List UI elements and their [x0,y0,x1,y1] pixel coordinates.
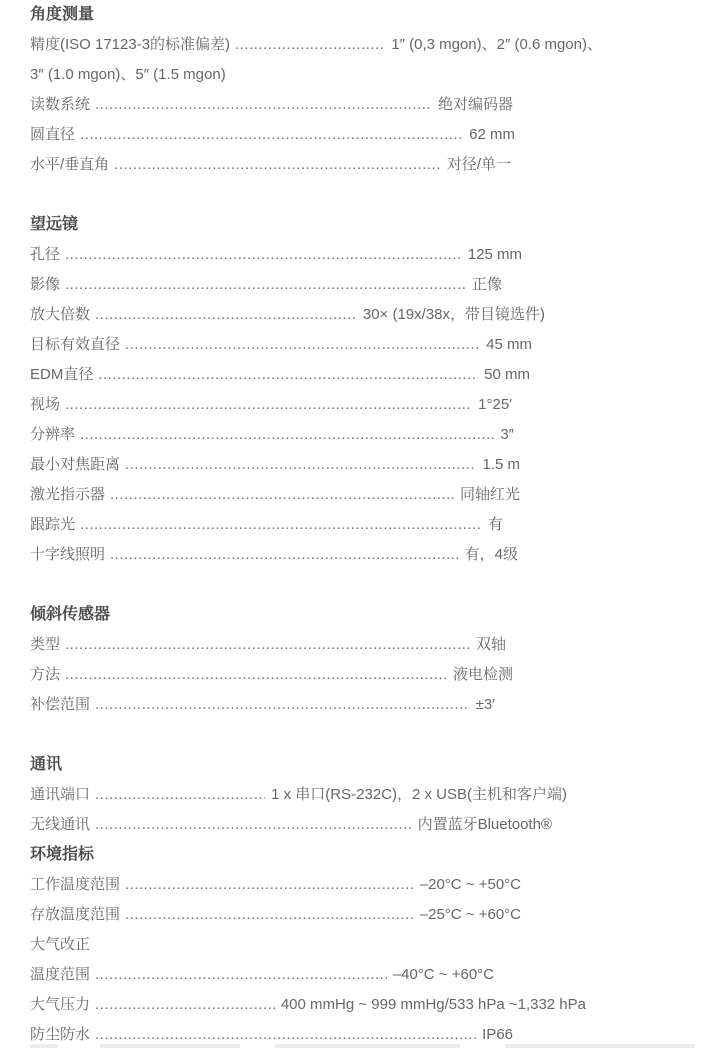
spec-label: 工作温度范围 [30,870,120,900]
spec-label: 大气压力 [30,990,90,1020]
spec-row: 读数系统....................................… [30,90,513,120]
section-gap [30,570,725,600]
spec-label: 类型 [30,630,60,660]
spec-label: 温度范围 [30,960,90,990]
spec-value: 1″ (0,3 mgon)、2″ (0.6 mgon)、 [391,30,602,60]
spec-label: 通讯端口 [30,780,90,810]
cutoff-next-line [0,1044,725,1049]
dot-leader: ........................................… [95,990,275,1020]
spec-row: EDM直径...................................… [30,360,530,390]
dot-leader: ........................................… [95,300,357,330]
dot-leader: ........................................… [110,540,459,570]
spec-value: –40°C ~ +60°C [393,960,494,990]
spec-row: 影像......................................… [30,270,502,300]
spec-row: 大气压力....................................… [30,990,586,1020]
dot-leader: ........................................… [125,870,414,900]
spec-label: 无线通讯 [30,810,90,840]
dot-leader: ........................................… [95,780,265,810]
spec-value: 对径/单一 [447,150,511,180]
spec-value: 125 mm [468,240,522,270]
spec-row: 补偿范围....................................… [30,690,495,720]
dot-leader: ........................................… [125,330,480,360]
spec-value: 正像 [472,270,502,300]
spec-plain-line: 大气改正 [30,930,725,960]
dot-leader: ........................................… [65,390,472,420]
dot-leader: ........................................… [125,900,414,930]
spec-label: 最小对焦距离 [30,450,120,480]
section-gap [30,720,725,750]
dot-leader: ........................................… [65,270,466,300]
spec-label: 读数系统 [30,90,90,120]
spec-section: 角度测量精度(ISO 17123-3的标准偏差)................… [30,0,725,180]
spec-label: 影像 [30,270,60,300]
spec-row: 激光指示器...................................… [30,480,520,510]
spec-value: 绝对编码器 [438,90,513,120]
section-heading: 通讯 [30,750,725,780]
spec-label: 放大倍数 [30,300,90,330]
spec-value: 1°25′ [478,390,512,420]
spec-value: 400 mmHg ~ 999 mmHg/533 hPa ~1,332 hPa [281,990,586,1020]
spec-section: 望远镜孔径...................................… [30,180,725,570]
spec-row: 十字线照明...................................… [30,540,518,570]
dot-leader: ........................................… [95,810,412,840]
section-gap [30,180,725,210]
spec-label: 激光指示器 [30,480,105,510]
dot-leader: ........................................… [80,510,482,540]
spec-section: 环境指标工作温度范围..............................… [30,840,725,1049]
spec-label: 补偿范围 [30,690,90,720]
cutoff-text-fragment [505,1044,695,1048]
spec-value: 30× (19x/38x，带目镜选件) [363,300,545,330]
spec-label: 分辨率 [30,420,75,450]
spec-label: 视场 [30,390,60,420]
spec-label: 目标有效直径 [30,330,120,360]
spec-label: 圆直径 [30,120,75,150]
spec-plain-line: 3″ (1.0 mgon)、5″ (1.5 mgon) [30,60,725,90]
spec-value: 45 mm [486,330,532,360]
cutoff-text-fragment [30,1044,58,1048]
dot-leader: ........................................… [80,120,463,150]
spec-row: 工作温度范围..................................… [30,870,521,900]
spec-value: 有 [488,510,503,540]
dot-leader: ........................................… [95,690,470,720]
spec-section: 通讯通讯端口..................................… [30,720,725,840]
dot-leader: ........................................… [95,960,387,990]
spec-value: –20°C ~ +50°C [420,870,521,900]
dot-leader: ........................................… [65,240,462,270]
dot-leader: ........................................… [80,420,494,450]
spec-sheet: 角度测量精度(ISO 17123-3的标准偏差)................… [0,0,725,1049]
spec-row: 存放温度范围..................................… [30,900,521,930]
spec-value: 1.5 m [482,450,520,480]
dot-leader: ........................................… [65,660,447,690]
spec-value: 双轴 [476,630,506,660]
spec-value: 50 mm [484,360,530,390]
spec-row: 水平/垂直角..................................… [30,150,511,180]
spec-value: 3″ [500,420,514,450]
spec-label: 精度(ISO 17123-3的标准偏差) [30,30,230,60]
spec-value: 同轴红光 [460,480,520,510]
section-heading: 环境指标 [30,840,725,870]
spec-label: EDM直径 [30,360,93,390]
spec-section: 倾斜传感器类型.................................… [30,570,725,720]
spec-value: 1 x 串口(RS-232C)，2 x USB(主机和客户端) [271,780,567,810]
spec-row: 视场......................................… [30,390,512,420]
spec-row: 圆直径.....................................… [30,120,515,150]
spec-row: 目标有效直径..................................… [30,330,532,360]
cutoff-text-fragment [100,1044,240,1048]
spec-value: 有，4级 [465,540,518,570]
spec-label: 水平/垂直角 [30,150,109,180]
spec-label: 跟踪光 [30,510,75,540]
spec-row: 无线通讯....................................… [30,810,552,840]
spec-row: 温度范围....................................… [30,960,494,990]
dot-leader: ........................................… [235,30,385,60]
section-heading: 倾斜传感器 [30,600,725,630]
spec-row: 类型......................................… [30,630,506,660]
dot-leader: ........................................… [125,450,476,480]
section-heading: 角度测量 [30,0,725,30]
spec-label: 十字线照明 [30,540,105,570]
spec-value: 62 mm [469,120,515,150]
spec-value: –25°C ~ +60°C [420,900,521,930]
spec-label: 方法 [30,660,60,690]
spec-row: 方法......................................… [30,660,513,690]
spec-label: 存放温度范围 [30,900,120,930]
spec-row: 通讯端口....................................… [30,780,567,810]
spec-row: 精度(ISO 17123-3的标准偏差)....................… [30,30,602,60]
spec-row: 放大倍数....................................… [30,300,545,330]
section-heading: 望远镜 [30,210,725,240]
spec-row: 分辨率.....................................… [30,420,514,450]
spec-value: 液电检测 [453,660,513,690]
dot-leader: ........................................… [114,150,441,180]
spec-row: 最小对焦距离..................................… [30,450,520,480]
dot-leader: ........................................… [110,480,454,510]
spec-value: ±3′ [476,690,495,720]
dot-leader: ........................................… [65,630,470,660]
dot-leader: ........................................… [98,360,478,390]
spec-row: 跟踪光.....................................… [30,510,503,540]
cutoff-text-fragment [275,1044,460,1048]
dot-leader: ........................................… [95,90,432,120]
spec-value: 内置蓝牙Bluetooth® [418,810,552,840]
spec-label: 孔径 [30,240,60,270]
spec-row: 孔径......................................… [30,240,522,270]
